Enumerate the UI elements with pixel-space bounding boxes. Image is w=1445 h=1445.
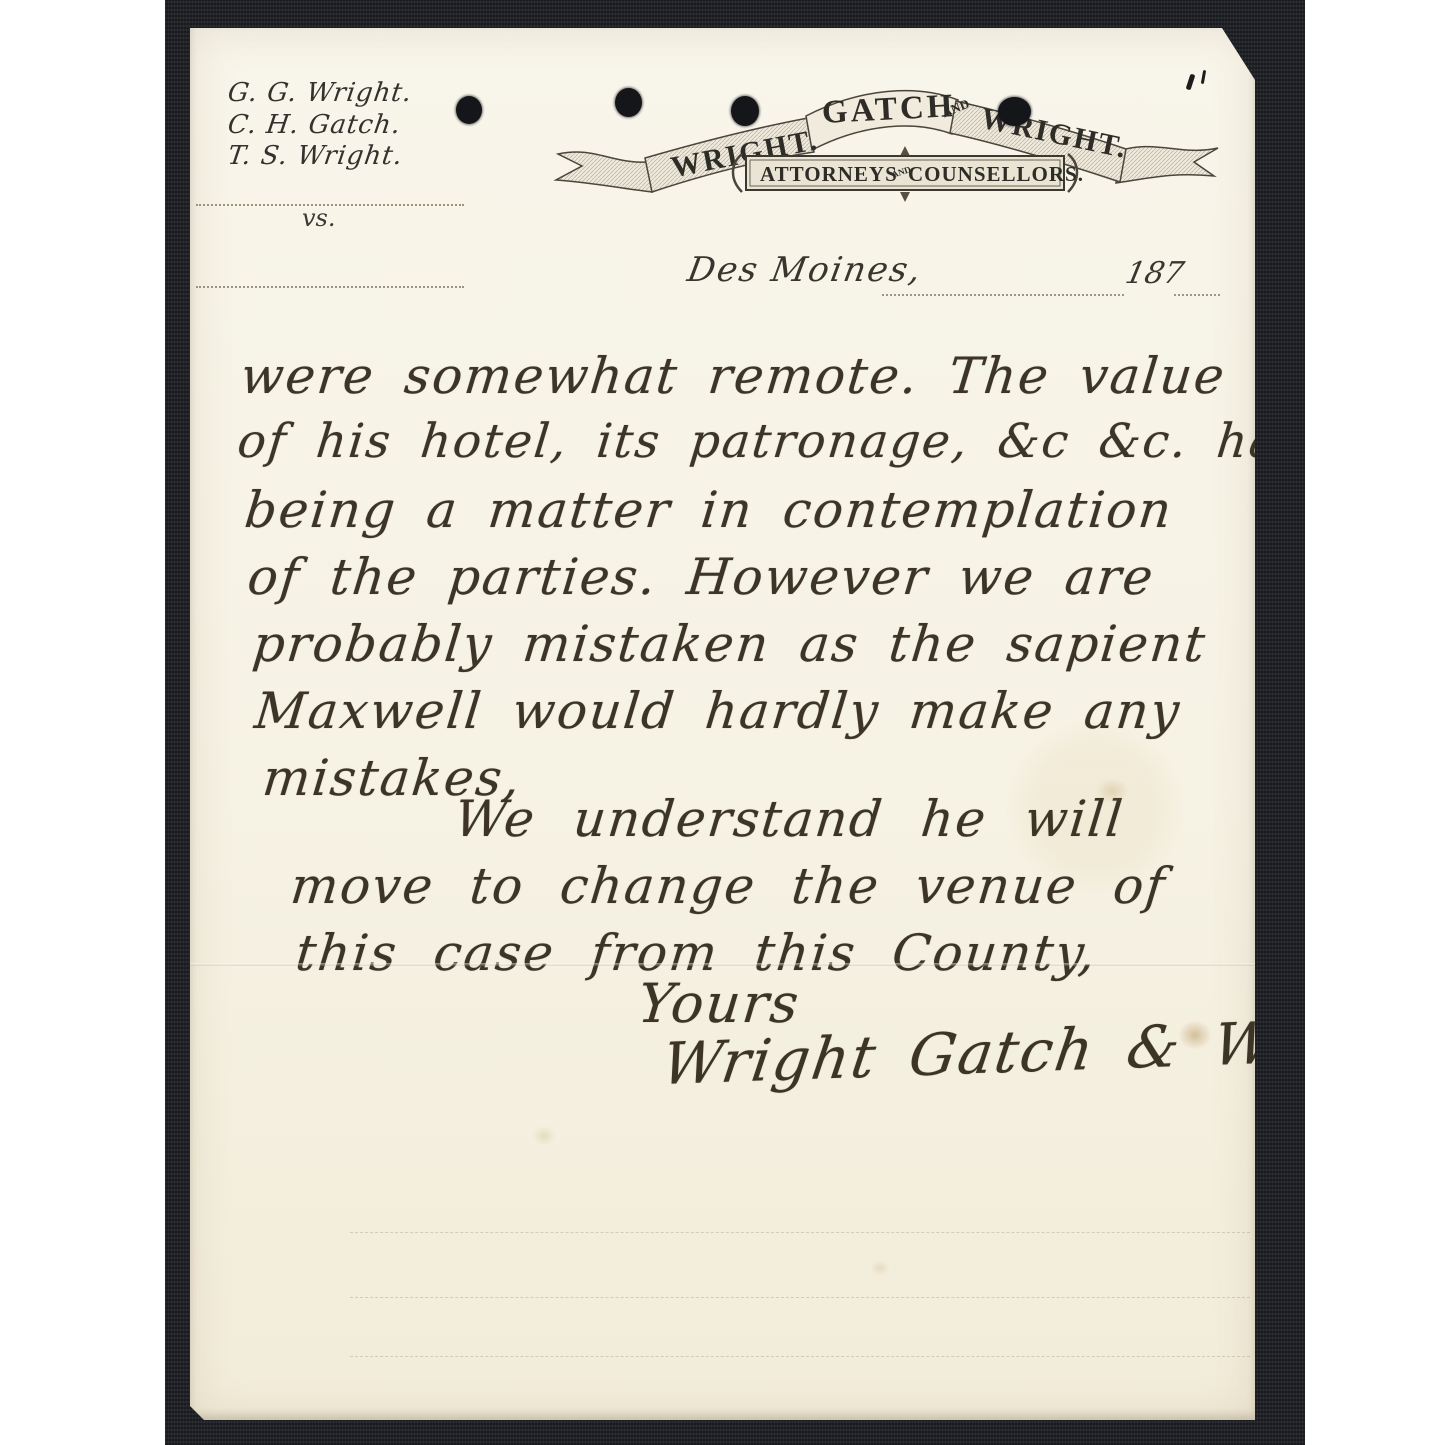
letterhead-banner: WRIGHT. GATCH AND WRIGHT. ATTORNEYS AND … [550, 70, 1226, 210]
handwritten-line: being a matter in contemplation [242, 481, 1176, 539]
plaque-word-counsellors: COUNSELLORS. [908, 162, 1084, 186]
age-spot [532, 1126, 556, 1146]
age-spot [1095, 778, 1129, 804]
age-spot [870, 1260, 890, 1276]
caption-rule-line [196, 286, 464, 288]
ribbon-left-tail-icon [556, 152, 652, 192]
punch-hole [615, 88, 642, 117]
ribbon-right-tail-icon [1116, 147, 1218, 183]
faint-rule-line [350, 1297, 1250, 1298]
handwritten-line: move to change the venue of [288, 857, 1169, 915]
vs-label: vs. [302, 204, 336, 232]
paper-crease [190, 963, 1255, 966]
handwritten-line: of the parties. However we are [245, 548, 1158, 606]
punch-hole [456, 96, 482, 124]
handwritten-line: of his hotel, its patronage, &c &c. hard… [235, 414, 1384, 469]
dateline-rule [882, 294, 1124, 296]
handwritten-line: were somewhat remote. The value [238, 347, 1229, 405]
letterhead-attorney-name: G. G. Wright. [226, 78, 414, 108]
dateline-city: Des Moines, [684, 250, 925, 290]
handwritten-line: Maxwell would hardly make any [252, 682, 1184, 740]
plaque-bottom-ornament-icon [900, 192, 910, 202]
dateline-rule [1174, 294, 1220, 296]
punch-hole [998, 97, 1031, 126]
letterhead-attorney-name: C. H. Gatch. [226, 110, 403, 140]
punch-hole [731, 96, 759, 126]
faint-rule-line [350, 1232, 1250, 1233]
faint-rule-line [350, 1356, 1250, 1357]
dateline-year: 187 [1122, 256, 1187, 291]
plaque-top-ornament-icon [900, 146, 910, 156]
age-spot [1178, 1020, 1212, 1050]
plaque-word-attorneys: ATTORNEYS [760, 162, 898, 186]
handwritten-line: We understand he will [452, 790, 1127, 848]
banner-word-gatch: GATCH [821, 88, 956, 131]
scanned-letter-photo: G. G. Wright. C. H. Gatch. T. S. Wright.… [0, 0, 1445, 1445]
letterhead-attorney-name: T. S. Wright. [226, 141, 405, 171]
handwritten-line: probably mistaken as the sapient [250, 615, 1210, 673]
letter-paper: G. G. Wright. C. H. Gatch. T. S. Wright.… [190, 28, 1255, 1420]
